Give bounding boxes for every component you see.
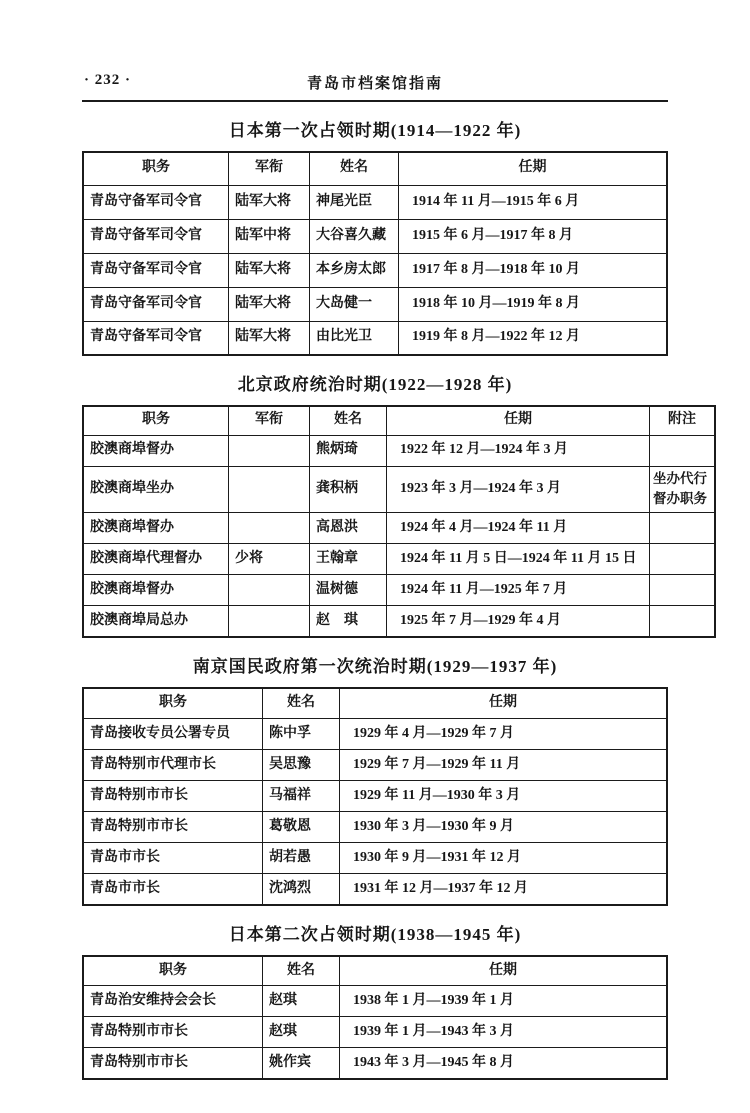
table-cell: 陆军大将	[229, 321, 310, 355]
table-cell: 沈鸿烈	[263, 874, 340, 905]
column-header: 军衔	[229, 152, 310, 185]
table-cell: 青岛市市长	[83, 874, 263, 905]
table-cell: 由比光卫	[310, 321, 399, 355]
header-row: 职务军衔姓名任期	[83, 152, 667, 185]
table-cell	[650, 606, 716, 637]
table-cell: 1939 年 1 月—1943 年 3 月	[340, 1017, 668, 1048]
table-cell	[650, 513, 716, 544]
table-row: 青岛市市长胡若愚1930 年 9 月—1931 年 12 月	[83, 843, 667, 874]
table-cell: 青岛治安维持会会长	[83, 986, 263, 1017]
table-cell: 姚作宾	[263, 1048, 340, 1079]
table-row: 青岛守备军司令官陆军大将本乡房太郎1917 年 8 月—1918 年 10 月	[83, 253, 667, 287]
page-content: · 232 · 青岛市档案馆指南 日本第一次占领时期(1914—1922 年) …	[82, 70, 668, 1082]
table-cell	[650, 435, 716, 466]
column-header: 姓名	[310, 152, 399, 185]
table-cell: 胶澳商埠督办	[83, 513, 229, 544]
document-page: · 232 · 青岛市档案馆指南 日本第一次占领时期(1914—1922 年) …	[0, 0, 750, 1113]
section: 日本第二次占领时期(1938—1945 年) 职务姓名任期青岛治安维持会会长赵琪…	[82, 920, 668, 1080]
table-cell: 1914 年 11 月—1915 年 6 月	[399, 185, 668, 219]
table-cell: 赵琪	[263, 986, 340, 1017]
officials-table: 职务军衔姓名任期附注胶澳商埠督办熊炳琦1922 年 12 月—1924 年 3 …	[82, 405, 716, 638]
table-cell: 高恩洪	[310, 513, 387, 544]
table-cell: 1924 年 4 月—1924 年 11 月	[387, 513, 650, 544]
section: 日本第一次占领时期(1914—1922 年) 职务军衔姓名任期青岛守备军司令官陆…	[82, 116, 668, 356]
column-header: 姓名	[263, 688, 340, 719]
table-cell: 1931 年 12 月—1937 年 12 月	[340, 874, 668, 905]
table-cell: 青岛接收专员公署专员	[83, 719, 263, 750]
table-row: 青岛特别市市长马福祥1929 年 11 月—1930 年 3 月	[83, 781, 667, 812]
column-header: 姓名	[310, 406, 387, 435]
table-cell: 胶澳商埠坐办	[83, 466, 229, 513]
header-row: 职务军衔姓名任期附注	[83, 406, 715, 435]
table-row: 胶澳商埠督办熊炳琦1922 年 12 月—1924 年 3 月	[83, 435, 715, 466]
column-header: 职务	[83, 688, 263, 719]
table-cell: 1924 年 11 月 5 日—1924 年 11 月 15 日	[387, 544, 650, 575]
column-header: 任期	[340, 956, 668, 986]
table-cell: 1930 年 9 月—1931 年 12 月	[340, 843, 668, 874]
table-cell: 青岛守备军司令官	[83, 219, 229, 253]
table-cell: 胶澳商埠局总办	[83, 606, 229, 637]
column-header: 军衔	[229, 406, 310, 435]
table-row: 胶澳商埠坐办龚积柄1923 年 3 月—1924 年 3 月坐办代行督办职务	[83, 466, 715, 513]
running-head: · 232 · 青岛市档案馆指南	[82, 70, 668, 96]
book-title: 青岛市档案馆指南	[82, 72, 668, 93]
table-row: 胶澳商埠局总办赵 琪1925 年 7 月—1929 年 4 月	[83, 606, 715, 637]
column-header: 任期	[399, 152, 668, 185]
column-header: 姓名	[263, 956, 340, 986]
column-header: 任期	[340, 688, 668, 719]
table-cell: 陈中孚	[263, 719, 340, 750]
table-cell: 胶澳商埠督办	[83, 575, 229, 606]
table-cell: 1922 年 12 月—1924 年 3 月	[387, 435, 650, 466]
section: 南京国民政府第一次统治时期(1929—1937 年) 职务姓名任期青岛接收专员公…	[82, 652, 668, 906]
table-cell	[650, 575, 716, 606]
table-row: 青岛市市长沈鸿烈1931 年 12 月—1937 年 12 月	[83, 874, 667, 905]
column-header: 职务	[83, 406, 229, 435]
header-row: 职务姓名任期	[83, 688, 667, 719]
table-cell: 1917 年 8 月—1918 年 10 月	[399, 253, 668, 287]
table-cell: 青岛特别市市长	[83, 781, 263, 812]
table-cell: 青岛特别市代理市长	[83, 750, 263, 781]
officials-table: 职务军衔姓名任期青岛守备军司令官陆军大将神尾光臣1914 年 11 月—1915…	[82, 151, 668, 356]
table-cell: 陆军大将	[229, 185, 310, 219]
table-cell: 熊炳琦	[310, 435, 387, 466]
table-cell: 大岛健一	[310, 287, 399, 321]
table-row: 青岛守备军司令官陆军大将神尾光臣1914 年 11 月—1915 年 6 月	[83, 185, 667, 219]
table-cell	[229, 606, 310, 637]
table-cell: 少将	[229, 544, 310, 575]
table-cell: 青岛守备军司令官	[83, 185, 229, 219]
table-cell: 青岛特别市市长	[83, 1017, 263, 1048]
table-cell: 神尾光臣	[310, 185, 399, 219]
table-row: 青岛特别市代理市长吴思豫1929 年 7 月—1929 年 11 月	[83, 750, 667, 781]
table-cell: 青岛市市长	[83, 843, 263, 874]
table-cell	[229, 466, 310, 513]
officials-table: 职务姓名任期青岛治安维持会会长赵琪1938 年 1 月—1939 年 1 月青岛…	[82, 955, 668, 1080]
table-row: 胶澳商埠督办温树德1924 年 11 月—1925 年 7 月	[83, 575, 715, 606]
table-cell: 1915 年 6 月—1917 年 8 月	[399, 219, 668, 253]
section: 北京政府统治时期(1922—1928 年) 职务军衔姓名任期附注胶澳商埠督办熊炳…	[82, 370, 668, 638]
table-row: 青岛接收专员公署专员陈中孚1929 年 4 月—1929 年 7 月	[83, 719, 667, 750]
table-cell	[229, 575, 310, 606]
table-cell: 胶澳商埠督办	[83, 435, 229, 466]
table-cell: 1929 年 7 月—1929 年 11 月	[340, 750, 668, 781]
table-cell	[229, 513, 310, 544]
table-cell: 青岛守备军司令官	[83, 253, 229, 287]
table-cell: 1929 年 11 月—1930 年 3 月	[340, 781, 668, 812]
table-row: 青岛治安维持会会长赵琪1938 年 1 月—1939 年 1 月	[83, 986, 667, 1017]
section-title: 日本第一次占领时期(1914—1922 年)	[82, 116, 668, 141]
table-cell: 1930 年 3 月—1930 年 9 月	[340, 812, 668, 843]
table-cell: 1943 年 3 月—1945 年 8 月	[340, 1048, 668, 1079]
section-title: 北京政府统治时期(1922—1928 年)	[82, 370, 668, 395]
table-row: 青岛特别市市长葛敬恩1930 年 3 月—1930 年 9 月	[83, 812, 667, 843]
table-cell: 1925 年 7 月—1929 年 4 月	[387, 606, 650, 637]
table-row: 青岛特别市市长赵琪1939 年 1 月—1943 年 3 月	[83, 1017, 667, 1048]
table-cell: 青岛特别市市长	[83, 812, 263, 843]
table-cell: 龚积柄	[310, 466, 387, 513]
table-cell: 1918 年 10 月—1919 年 8 月	[399, 287, 668, 321]
section-title: 南京国民政府第一次统治时期(1929—1937 年)	[82, 652, 668, 677]
header-rule	[82, 100, 668, 102]
table-cell: 马福祥	[263, 781, 340, 812]
table-row: 胶澳商埠督办高恩洪1924 年 4 月—1924 年 11 月	[83, 513, 715, 544]
table-cell: 陆军大将	[229, 287, 310, 321]
table-cell: 青岛守备军司令官	[83, 287, 229, 321]
table-cell: 王翰章	[310, 544, 387, 575]
table-cell: 陆军大将	[229, 253, 310, 287]
table-cell: 胶澳商埠代理督办	[83, 544, 229, 575]
header-row: 职务姓名任期	[83, 956, 667, 986]
table-cell: 赵琪	[263, 1017, 340, 1048]
column-header: 职务	[83, 956, 263, 986]
table-cell: 大谷喜久藏	[310, 219, 399, 253]
table-cell: 温树德	[310, 575, 387, 606]
table-cell: 坐办代行督办职务	[650, 466, 716, 513]
table-row: 青岛守备军司令官陆军大将由比光卫1919 年 8 月—1922 年 12 月	[83, 321, 667, 355]
table-row: 青岛守备军司令官陆军大将大岛健一1918 年 10 月—1919 年 8 月	[83, 287, 667, 321]
section-title: 日本第二次占领时期(1938—1945 年)	[82, 920, 668, 945]
table-cell: 胡若愚	[263, 843, 340, 874]
table-cell	[229, 435, 310, 466]
table-cell: 吴思豫	[263, 750, 340, 781]
table-cell: 青岛特别市市长	[83, 1048, 263, 1079]
table-cell: 1924 年 11 月—1925 年 7 月	[387, 575, 650, 606]
table-cell: 陆军中将	[229, 219, 310, 253]
table-cell: 赵 琪	[310, 606, 387, 637]
table-row: 胶澳商埠代理督办少将王翰章1924 年 11 月 5 日—1924 年 11 月…	[83, 544, 715, 575]
table-cell: 青岛守备军司令官	[83, 321, 229, 355]
table-row: 青岛特别市市长姚作宾1943 年 3 月—1945 年 8 月	[83, 1048, 667, 1079]
table-cell	[650, 544, 716, 575]
column-header: 职务	[83, 152, 229, 185]
table-cell: 1919 年 8 月—1922 年 12 月	[399, 321, 668, 355]
table-cell: 1929 年 4 月—1929 年 7 月	[340, 719, 668, 750]
table-cell: 1938 年 1 月—1939 年 1 月	[340, 986, 668, 1017]
officials-table: 职务姓名任期青岛接收专员公署专员陈中孚1929 年 4 月—1929 年 7 月…	[82, 687, 668, 906]
table-cell: 本乡房太郎	[310, 253, 399, 287]
table-cell: 葛敬恩	[263, 812, 340, 843]
column-header: 附注	[650, 406, 716, 435]
table-row: 青岛守备军司令官陆军中将大谷喜久藏1915 年 6 月—1917 年 8 月	[83, 219, 667, 253]
table-cell: 1923 年 3 月—1924 年 3 月	[387, 466, 650, 513]
column-header: 任期	[387, 406, 650, 435]
